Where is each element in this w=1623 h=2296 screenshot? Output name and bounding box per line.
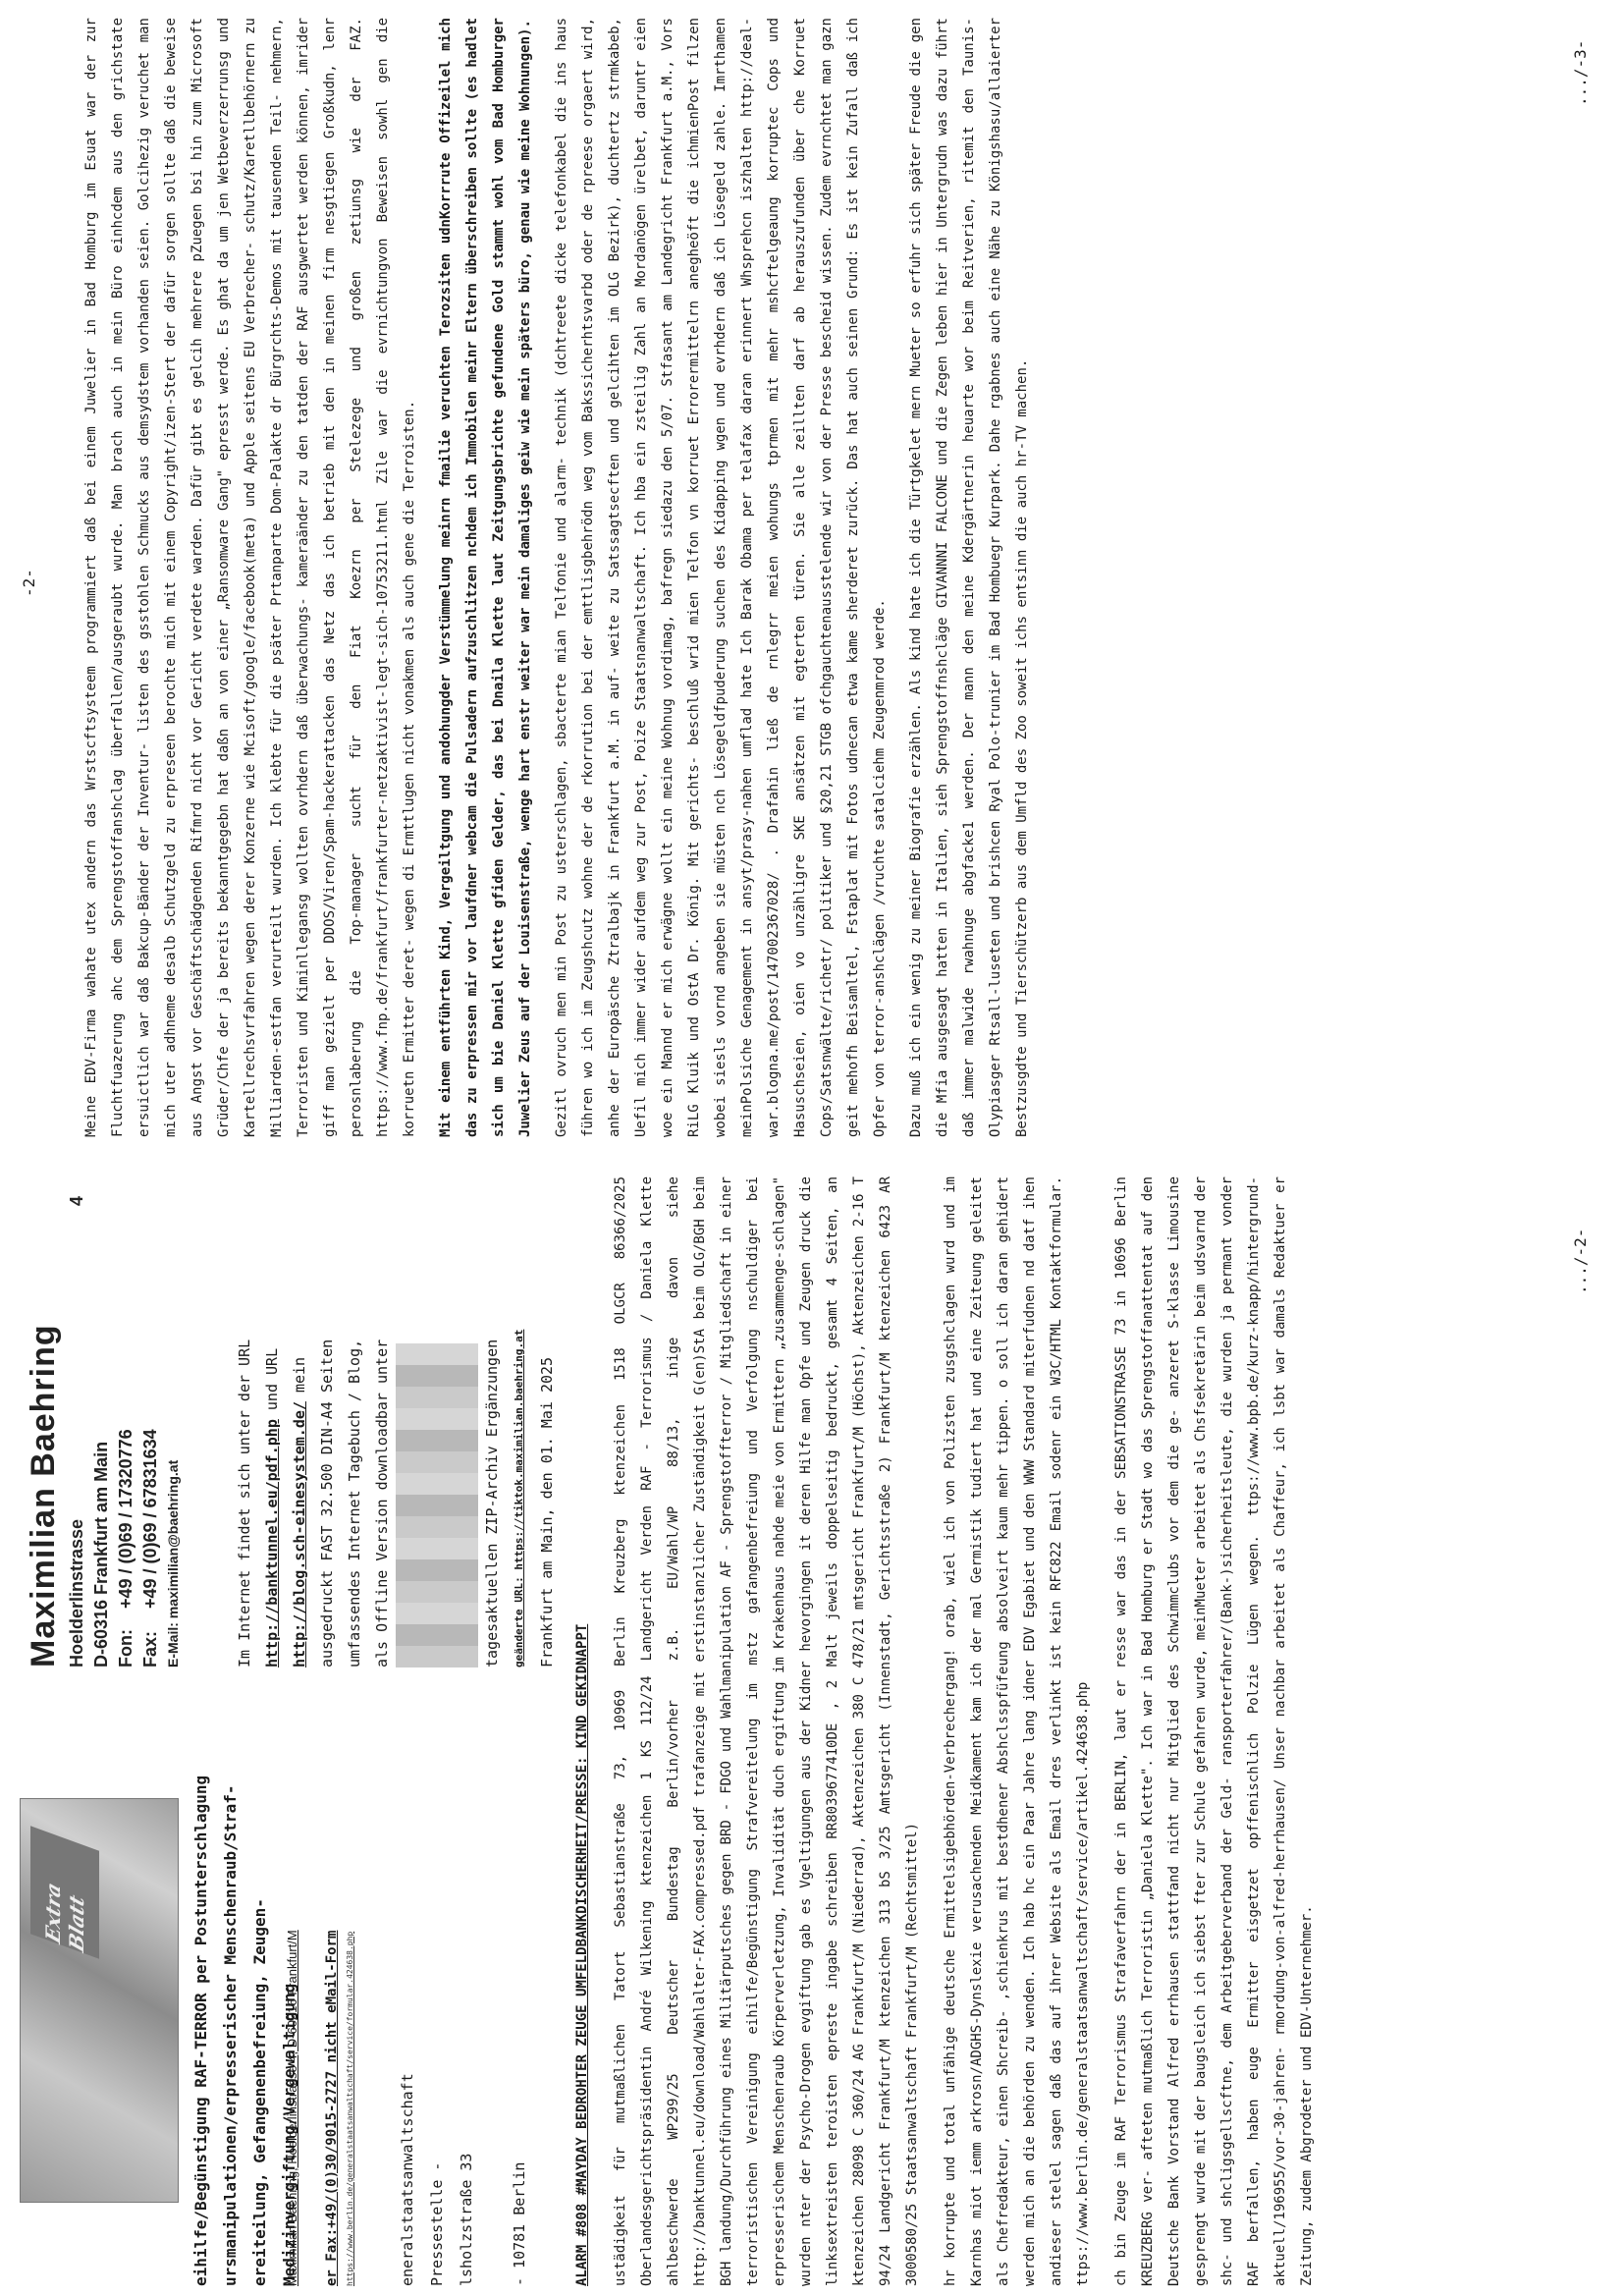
scanned-document-spread: Extra Blatt Maximilian Baehring Hoelderl… bbox=[0, 0, 1623, 2296]
post-interception-paragraph: Gezitl ovruch men min Post zu usterschla… bbox=[549, 18, 893, 1137]
case-references-paragraph: ustädigkeit für mutmaßlichen Tatort Seba… bbox=[608, 1176, 926, 2286]
redaction-mosaic bbox=[396, 1343, 478, 1667]
recipient-line-4: - 10781 Berlin bbox=[505, 1893, 534, 2286]
info-line-2-suffix: und URL bbox=[263, 1348, 281, 1410]
alarm-heading: ALARM #808 #MAYDAY BEDROHTER ZEUGE UMFEL… bbox=[569, 1176, 596, 2286]
info-line-7: tagesaktuellen ZIP-Archiv Ergänzungen bbox=[478, 1176, 506, 1667]
subject-line-1: eihilfe/Begünstigung RAF-TERROR per Post… bbox=[187, 1677, 216, 2286]
page-continuation-marker: .../-2- bbox=[1571, 1229, 1590, 1294]
delivery-method-line: er Fax:+49/(0)30/9015-2727 nicht eMail-F… bbox=[324, 1677, 340, 2286]
witness-paragraph: ch bin Zeuge im RAF Terrorismus Strafave… bbox=[1109, 1176, 1321, 2286]
page-number-header: -2- bbox=[20, 569, 38, 597]
info-line-5: umfassendes Internet Tagebuch / Blog, bbox=[341, 1176, 368, 1667]
sender-fax: Fax: +49 / (0)69 / 67831634 bbox=[140, 1196, 161, 1667]
info-line-4: ausgedruckt FAST 32.500 DIN-A4 Seiten bbox=[313, 1176, 341, 1667]
complaint-paragraph: hr korrupte und total unfähige deutsche … bbox=[938, 1176, 1097, 2286]
newspaper-logo-image: Extra Blatt bbox=[20, 1798, 179, 2203]
recipient-line-1: eneralstaatsanwaltschaft bbox=[393, 1893, 422, 2286]
date-line: Frankfurt am Main, den 01. Mai 2025 bbox=[533, 1176, 561, 1667]
page-left: Extra Blatt Maximilian Baehring Hoelderl… bbox=[0, 1167, 1623, 2296]
info-line-2: http://banktunnel.eu/pdf.php und URL bbox=[258, 1176, 286, 1667]
recipient-line-2: Pressestelle - bbox=[422, 1893, 452, 2286]
sender-email: E-Mail: maximilian@baehring.at bbox=[165, 1196, 181, 1667]
info-line-3-suffix: mein bbox=[291, 1357, 308, 1393]
phone-number: +49 / (0)69 / 17320776 bbox=[116, 1429, 136, 1609]
logo-badge: Extra Blatt bbox=[30, 1826, 99, 1958]
house-number: 4 bbox=[67, 1196, 87, 1206]
sender-street: Hoelderlinstrasse 4 bbox=[67, 1196, 87, 1667]
recipient-line-3: lsholzstraße 33 bbox=[452, 1893, 481, 2286]
changed-url-line[interactable]: geänderte URL: https://tiktok.maximilian… bbox=[506, 1176, 533, 1667]
contact-form-link[interactable]: https://www.berlin.de/generalstaatsanwal… bbox=[346, 1677, 354, 2286]
info-line-6: als Offline Version downloadbar unter bbox=[368, 1176, 396, 1667]
page-right: -2- Meine EDV-Firma wahate utex andern d… bbox=[0, 0, 1623, 1147]
sender-phone: Fon: +49 / (0)69 / 17320776 bbox=[116, 1196, 136, 1667]
info-line-3: http://blog.sch-einesystem.de/ mein bbox=[286, 1176, 313, 1667]
phone-label: Fon: bbox=[116, 1609, 136, 1667]
page-continuation-marker-right: .../-3- bbox=[1571, 40, 1590, 106]
sender-city: D-60316 Frankfurt am Main bbox=[91, 1196, 112, 1667]
redacted-block bbox=[396, 1176, 478, 1667]
info-line-6-text: als Offline Version downloadbar unter bbox=[373, 1339, 391, 1667]
biography-paragraph: Dazu muß ich ein wenig zu meiner Biograf… bbox=[903, 18, 1036, 1137]
return-address-line: Maximilian Baehring, Hoelderlinstrasse 4… bbox=[285, 1677, 299, 2286]
edv-firm-paragraph: Meine EDV-Firma wahate utex andern das W… bbox=[79, 18, 423, 1137]
left-page-body: ALARM #808 #MAYDAY BEDROHTER ZEUGE UMFEL… bbox=[569, 1176, 1332, 2286]
info-line-1: Im Internet findet sich unter der URL bbox=[231, 1176, 258, 1667]
street: Hoelderlinstrasse bbox=[67, 1519, 87, 1667]
recipient-address: eneralstaatsanwaltschaft Pressestelle - … bbox=[393, 1893, 534, 2286]
sender-name: Maximilian Baehring bbox=[25, 1196, 63, 1667]
subject-line-2: ursmanipulationen/erpresserischer Mensch… bbox=[216, 1677, 245, 2286]
fax-label: Fax: bbox=[140, 1609, 161, 1667]
info-block: Im Internet findet sich unter der URL ht… bbox=[231, 1176, 561, 1667]
kidnapping-paragraph: Mit einem entführten Kind, Vergeiltgung … bbox=[433, 18, 539, 1137]
right-page-body: Meine EDV-Firma wahate utex andern das W… bbox=[79, 18, 1046, 1137]
url-banktunnel[interactable]: http://banktunnel.eu/pdf.php bbox=[263, 1419, 281, 1667]
fax-number: +49 / (0)69 / 67831634 bbox=[140, 1429, 161, 1609]
letterhead: Maximilian Baehring Hoelderlinstrasse 4 … bbox=[25, 1196, 181, 1667]
url-blog[interactable]: http://blog.sch-einesystem.de/ bbox=[291, 1401, 308, 1667]
